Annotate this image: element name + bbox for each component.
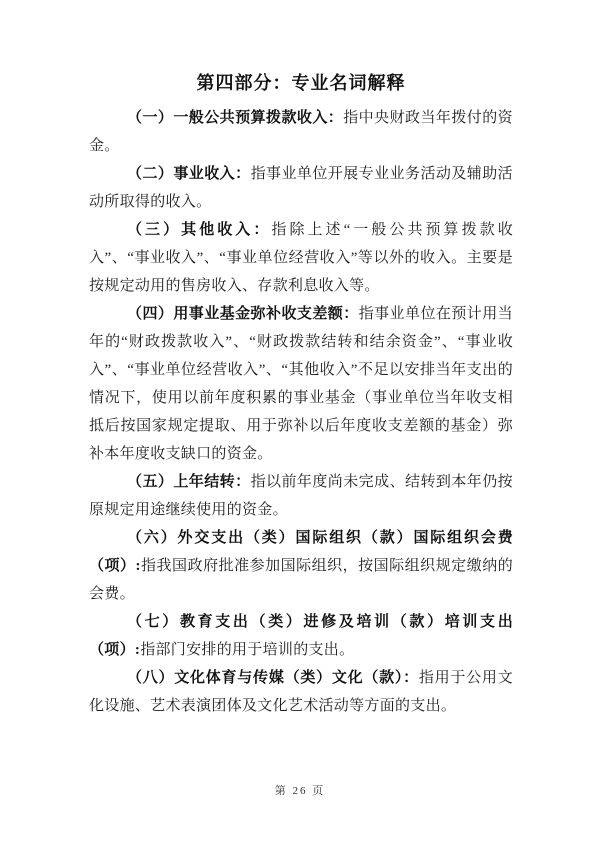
page-number: 第 26 页: [0, 782, 600, 798]
term-item-7: （七）教育支出（类）进修及培训（款）培训支出（项）:指部门安排的用于培训的支出。: [89, 608, 513, 664]
term-label: （二）事业收入：: [127, 166, 251, 182]
term-item-4: （四）用事业基金弥补收支差额：指事业单位在预计用当年的“财政拨款收入”、“财政拨…: [89, 300, 513, 468]
terms-list: （一）一般公共预算拨款收入：指中央财政当年拨付的资金。 （二）事业收入：指事业单…: [89, 104, 513, 720]
term-item-6: （六）外交支出（类）国际组织（款）国际组织会费（项）:指我国政府批准参加国际组织…: [89, 524, 513, 608]
term-definition: 指我国政府批准参加国际组织，按国际组织规定缴纳的会费。: [89, 558, 513, 602]
term-label: （五）上年结转：: [127, 474, 251, 490]
term-item-1: （一）一般公共预算拨款收入：指中央财政当年拨付的资金。: [89, 104, 513, 160]
term-definition: 指事业单位在预计用当年的“财政拨款收入”、“财政拨款结转和结余资金”、“事业收入…: [89, 306, 513, 462]
term-label: （三）其他收入：: [127, 222, 271, 238]
term-item-2: （二）事业收入：指事业单位开展专业业务活动及辅助活动所取得的收入。: [89, 160, 513, 216]
term-item-3: （三）其他收入：指除上述“一般公共预算拨款收入”、“事业收入”、“事业单位经营收…: [89, 216, 513, 300]
term-label: （一）一般公共预算拨款收入：: [127, 110, 343, 126]
term-definition: 指部门安排的用于培训的支出。: [140, 642, 354, 658]
document-page: 第四部分：专业名词解释 （一）一般公共预算拨款收入：指中央财政当年拨付的资金。 …: [0, 0, 600, 848]
term-item-8: （八）文化体育与传媒（类）文化（款）：指用于公用文化设施、艺术表演团体及文化艺术…: [89, 664, 513, 720]
term-label: （八）文化体育与传媒（类）文化（款）：: [127, 670, 419, 686]
term-label: （四）用事业基金弥补收支差额：: [127, 306, 359, 322]
term-item-5: （五）上年结转：指以前年度尚未完成、结转到本年仍按原规定用途继续使用的资金。: [89, 468, 513, 524]
page-title: 第四部分：专业名词解释: [89, 70, 513, 98]
